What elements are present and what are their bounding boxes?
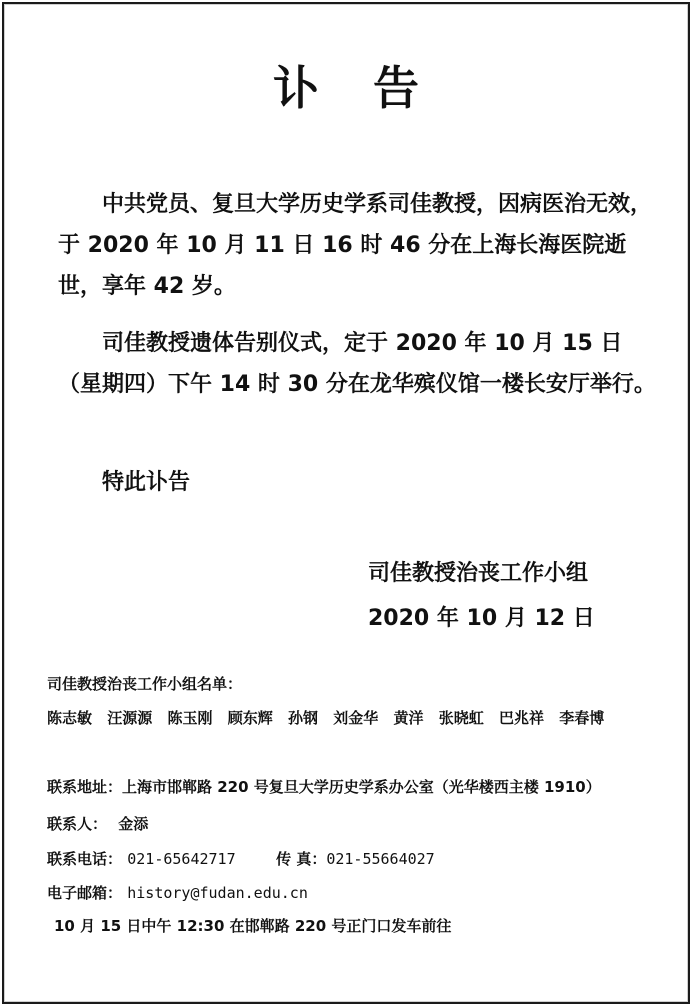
member-name: 陈玉刚 xyxy=(168,709,213,727)
member-name: 顾东辉 xyxy=(228,709,273,727)
address-label: 联系地址： xyxy=(47,778,122,796)
fax-label: 传 真： xyxy=(276,850,326,868)
member-name: 巴兆祥 xyxy=(499,709,544,727)
member-name: 黄洋 xyxy=(394,709,424,727)
member-name: 李春博 xyxy=(559,709,604,727)
email-value: history@fudan.edu.cn xyxy=(127,884,308,902)
email-label: 电子邮箱： xyxy=(47,884,122,902)
contact-person: 联系人： 金添 xyxy=(47,813,148,835)
paragraph-announcement: 中共党员、复旦大学历史学系司佳教授，因病医治无效，于 2020 年 10 月 1… xyxy=(58,184,658,307)
contact-phone-fax: 联系电话： 021-65642717 传 真：021-55664027 xyxy=(47,848,435,870)
paragraph-text: 司佳教授遗体告别仪式，定于 2020 年 10 月 15 日（星期四）下午 14… xyxy=(58,323,658,405)
member-name: 汪源源 xyxy=(107,709,152,727)
member-name: 陈志敏 xyxy=(47,709,92,727)
bus-note: 10 月 15 日中午 12:30 在邯郸路 220 号正门口发车前往 xyxy=(54,915,451,937)
person-label: 联系人： xyxy=(47,815,107,833)
contact-email: 电子邮箱： history@fudan.edu.cn xyxy=(47,882,308,904)
notice-title: 讣告 xyxy=(0,58,692,118)
signature-date: 2020 年 10 月 12 日 xyxy=(368,598,595,640)
paragraph-ceremony: 司佳教授遗体告别仪式，定于 2020 年 10 月 15 日（星期四）下午 14… xyxy=(58,323,658,405)
committee-title: 司佳教授治丧工作小组名单： xyxy=(47,673,242,695)
committee-members: 陈志敏 汪源源 陈玉刚 顾东辉 孙钢 刘金华 黄洋 张晓虹 巴兆祥 李春博 xyxy=(47,707,614,729)
member-name: 张晓虹 xyxy=(439,709,484,727)
paragraph-text: 特此讣告 xyxy=(58,462,658,503)
signature-organization: 司佳教授治丧工作小组 xyxy=(368,553,588,595)
member-name: 孙钢 xyxy=(288,709,318,727)
phone-value: 021-65642717 xyxy=(127,850,235,868)
paragraph-closing: 特此讣告 xyxy=(58,462,658,503)
address-value: 上海市邯郸路 220 号复旦大学历史学系办公室（光华楼西主楼 1910） xyxy=(122,778,601,796)
phone-label: 联系电话： xyxy=(47,850,122,868)
person-value: 金添 xyxy=(118,815,148,833)
contact-address: 联系地址：上海市邯郸路 220 号复旦大学历史学系办公室（光华楼西主楼 1910… xyxy=(47,776,601,798)
paragraph-text: 中共党员、复旦大学历史学系司佳教授，因病医治无效，于 2020 年 10 月 1… xyxy=(58,184,658,307)
member-name: 刘金华 xyxy=(333,709,378,727)
fax-value: 021-55664027 xyxy=(326,850,434,868)
